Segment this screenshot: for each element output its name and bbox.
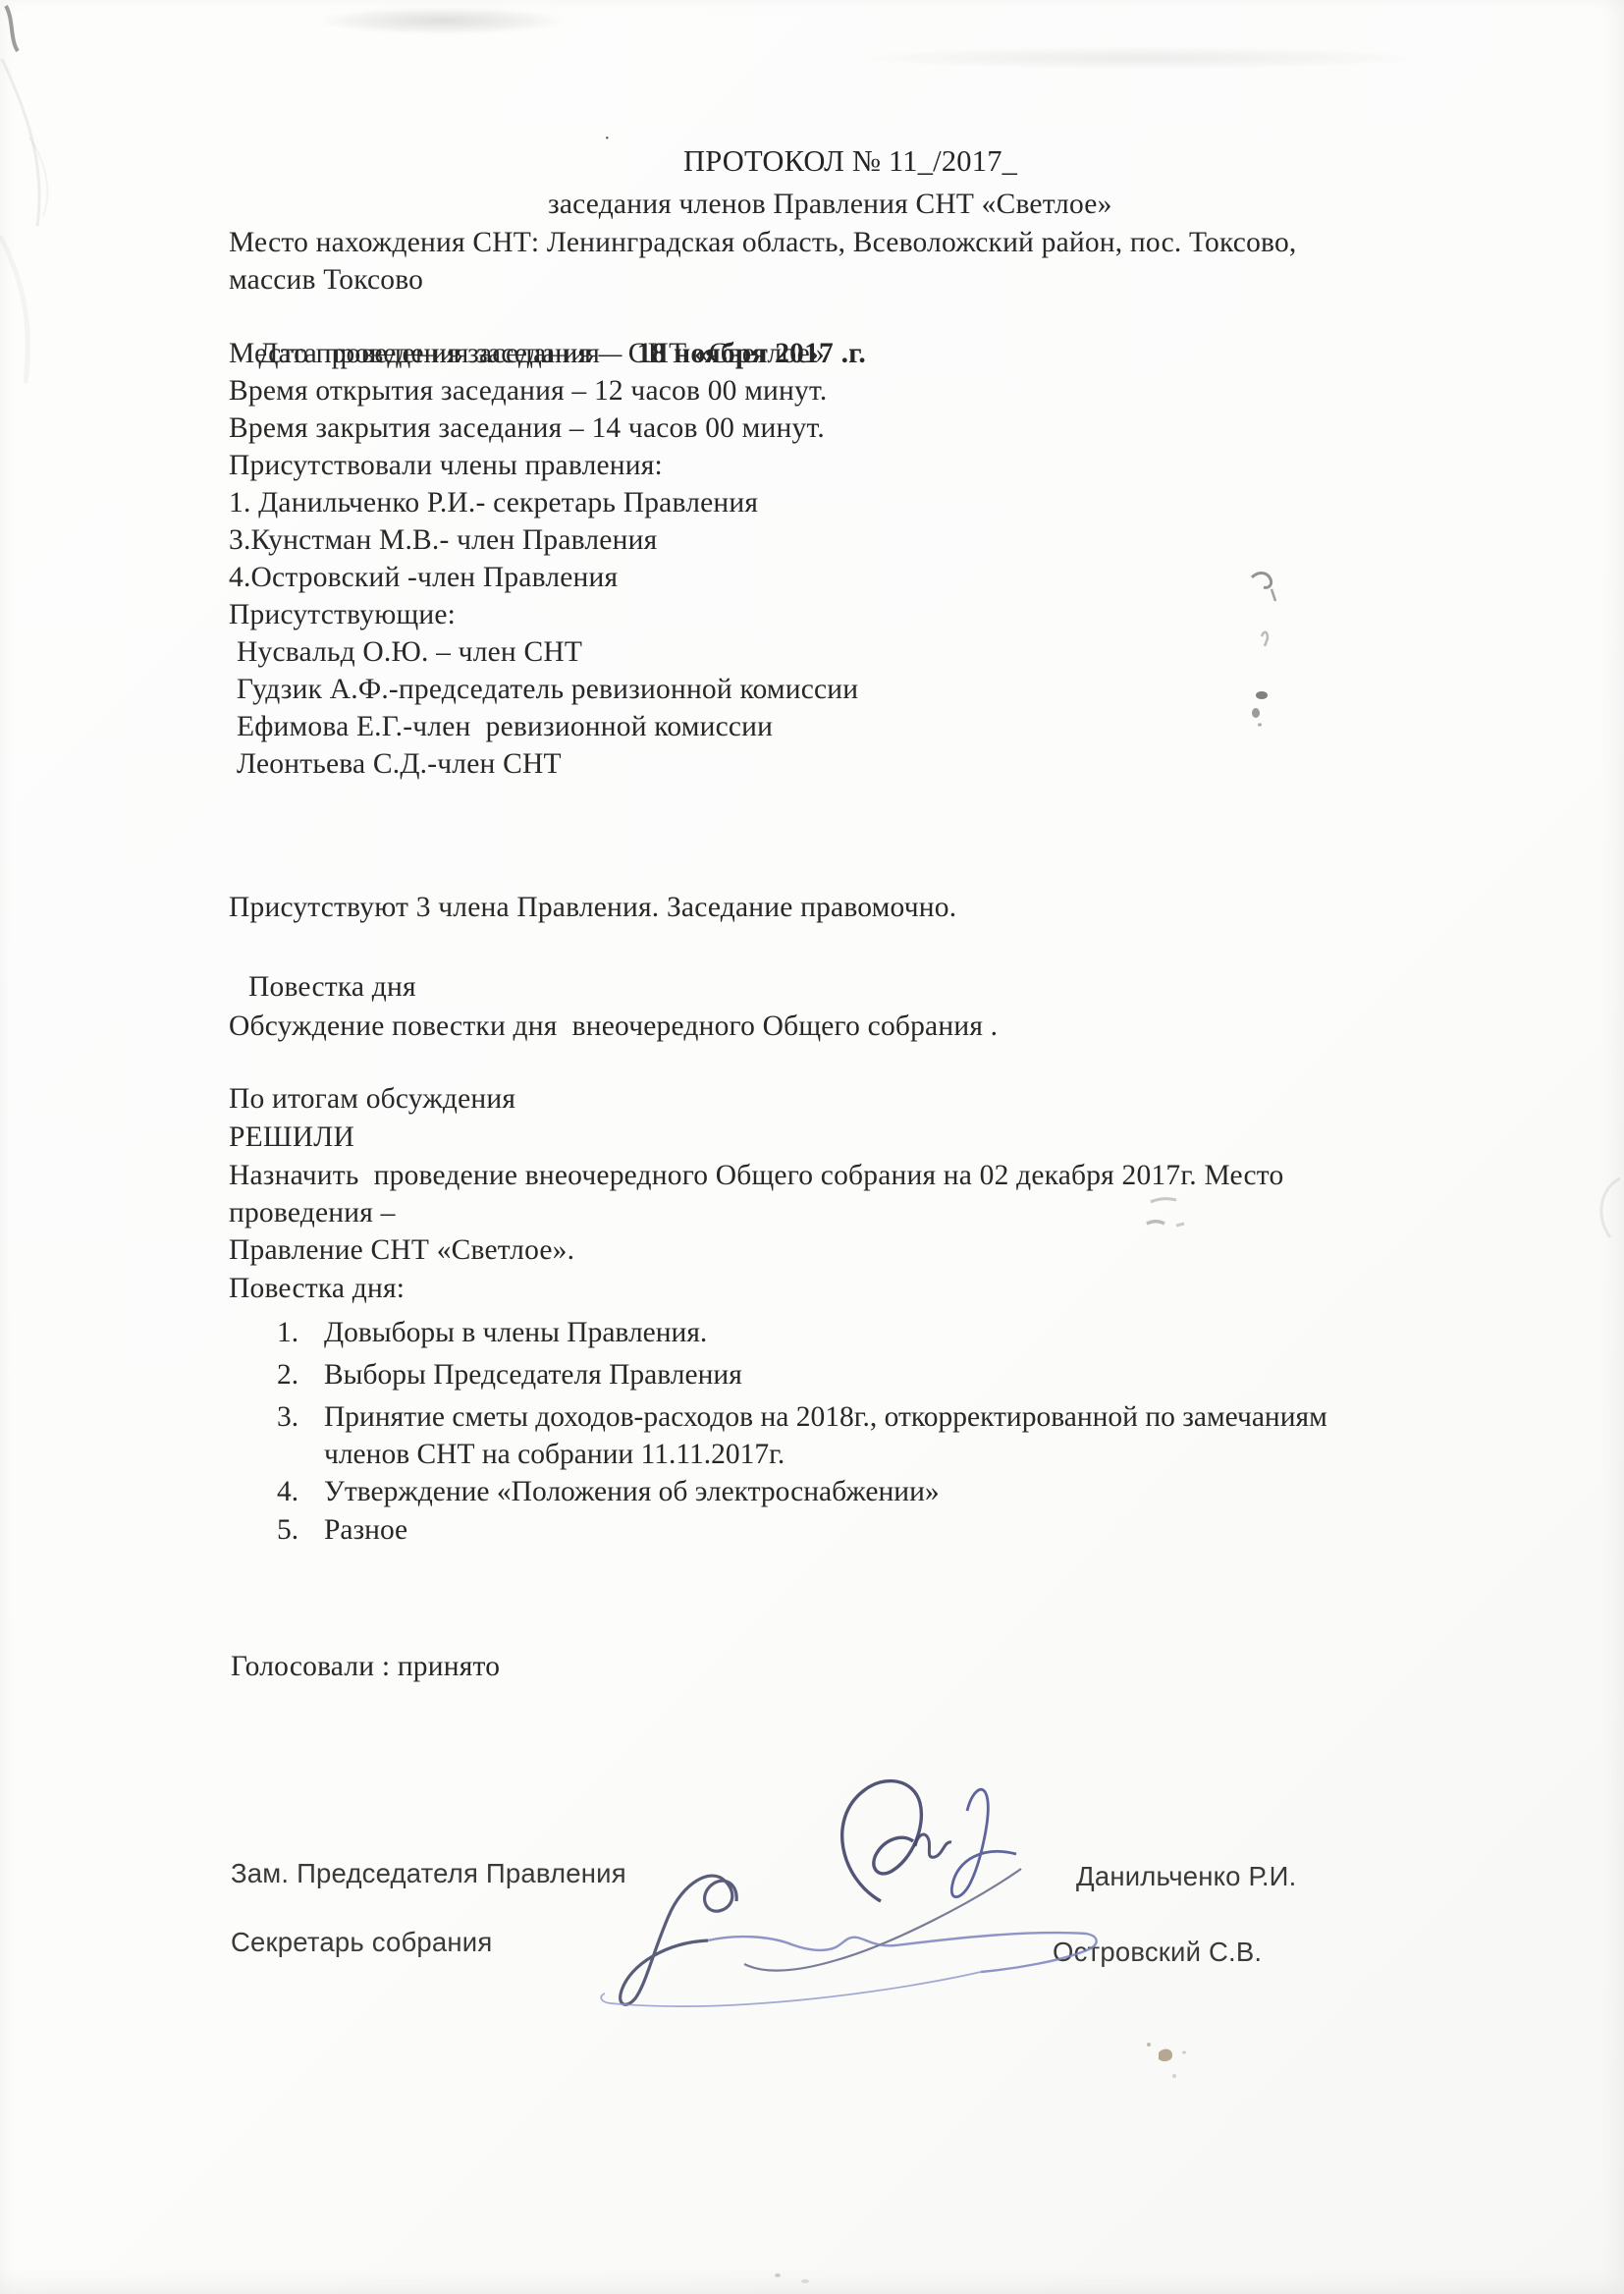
agenda-item: Разное (324, 1511, 407, 1550)
resolution-line-1: Назначить проведение внеочередного Общег… (229, 1157, 1283, 1194)
scan-smudge-top-right (864, 47, 1414, 69)
resolution-line-2: проведения – (229, 1194, 396, 1231)
signature-ostrovsky-ink (589, 1856, 1124, 2057)
document-title: ПРОТОКОЛ № 11_/2017_ (683, 142, 1017, 180)
vote-result: Голосовали : принято (231, 1648, 500, 1685)
edge-curl-mark (1571, 1169, 1624, 1257)
agenda-item-number: 3. (277, 1398, 298, 1437)
agenda-header: Повестка дня (248, 968, 416, 1006)
guest-1: Нусвальд О.Ю. – член СНТ (237, 633, 582, 671)
signature-role-secretary: Секретарь собрания (231, 1927, 492, 1958)
guests-header: Присутствующие: (229, 596, 456, 633)
location-line-2: массив Токсово (229, 261, 423, 299)
open-time-line: Время открытия заседания – 12 часов 00 м… (229, 372, 827, 410)
resolution-line-3: Правление СНТ «Светлое». (229, 1231, 574, 1269)
board-attendance-header: Присутствовали члены правления: (229, 447, 663, 484)
ink-dot: · (604, 120, 611, 157)
document-subtitle: заседания членов Правления СНТ «Светлое» (548, 186, 1112, 223)
guest-2: Гудзик А.Ф.-председатель ревизионной ком… (237, 671, 858, 708)
location-line-1: Место нахождения СНТ: Ленинградская обла… (229, 224, 1297, 261)
agenda-item-continuation: членов СНТ на собрании 11.11.2017г. (324, 1436, 785, 1474)
corner-crease (0, 0, 118, 393)
agenda-item: Довыборы в члены Правления. (324, 1314, 707, 1352)
bottom-edge-marks (766, 2264, 825, 2293)
signature-role-deputy-chairman: Зам. Председателя Правления (231, 1858, 626, 1889)
agenda-item-number: 4. (277, 1473, 298, 1511)
scan-smudge-top-left (324, 8, 560, 33)
meeting-venue-line: Место проведения заседания – СНТ «Светло… (229, 335, 825, 372)
scanned-protocol-page: · ПРОТОКОЛ № 11_/2017_ заседания членов … (0, 0, 1624, 2294)
discussion-summary-header: По итогам обсуждения (229, 1080, 515, 1118)
agenda-item: Утверждение «Положения об электроснабжен… (324, 1473, 940, 1511)
bottom-specks (1129, 2033, 1208, 2082)
guest-4: Леонтьева С.Д.-член СНТ (237, 745, 562, 783)
agenda-item-number: 1. (277, 1314, 298, 1352)
agenda-item: Выборы Председателя Правления (324, 1356, 742, 1394)
agenda-item-number: 2. (277, 1356, 298, 1394)
pencil-smudge (1139, 1190, 1227, 1239)
close-time-line: Время закрытия заседания – 14 часов 00 м… (229, 410, 825, 447)
board-member-3: 4.Островский -член Правления (229, 559, 618, 596)
agenda-item: Принятие сметы доходов-расходов на 2018г… (324, 1398, 1327, 1437)
guest-3: Ефимова Е.Г.-член ревизионной комиссии (237, 708, 773, 745)
agenda-item-number: 5. (277, 1511, 298, 1550)
agenda-topic: Обсуждение повестки дня внеочередного Об… (229, 1008, 998, 1045)
board-member-1: 1. Данильченко Р.И.- секретарь Правления (229, 484, 758, 521)
board-member-2: 3.Кунстман М.В.- член Правления (229, 521, 657, 559)
ink-specks (1232, 550, 1311, 727)
decided-header: РЕШИЛИ (229, 1119, 354, 1156)
resolution-agenda-header: Повестка дня: (229, 1270, 405, 1307)
quorum-statement: Присутствуют 3 члена Правления. Заседани… (229, 889, 956, 926)
